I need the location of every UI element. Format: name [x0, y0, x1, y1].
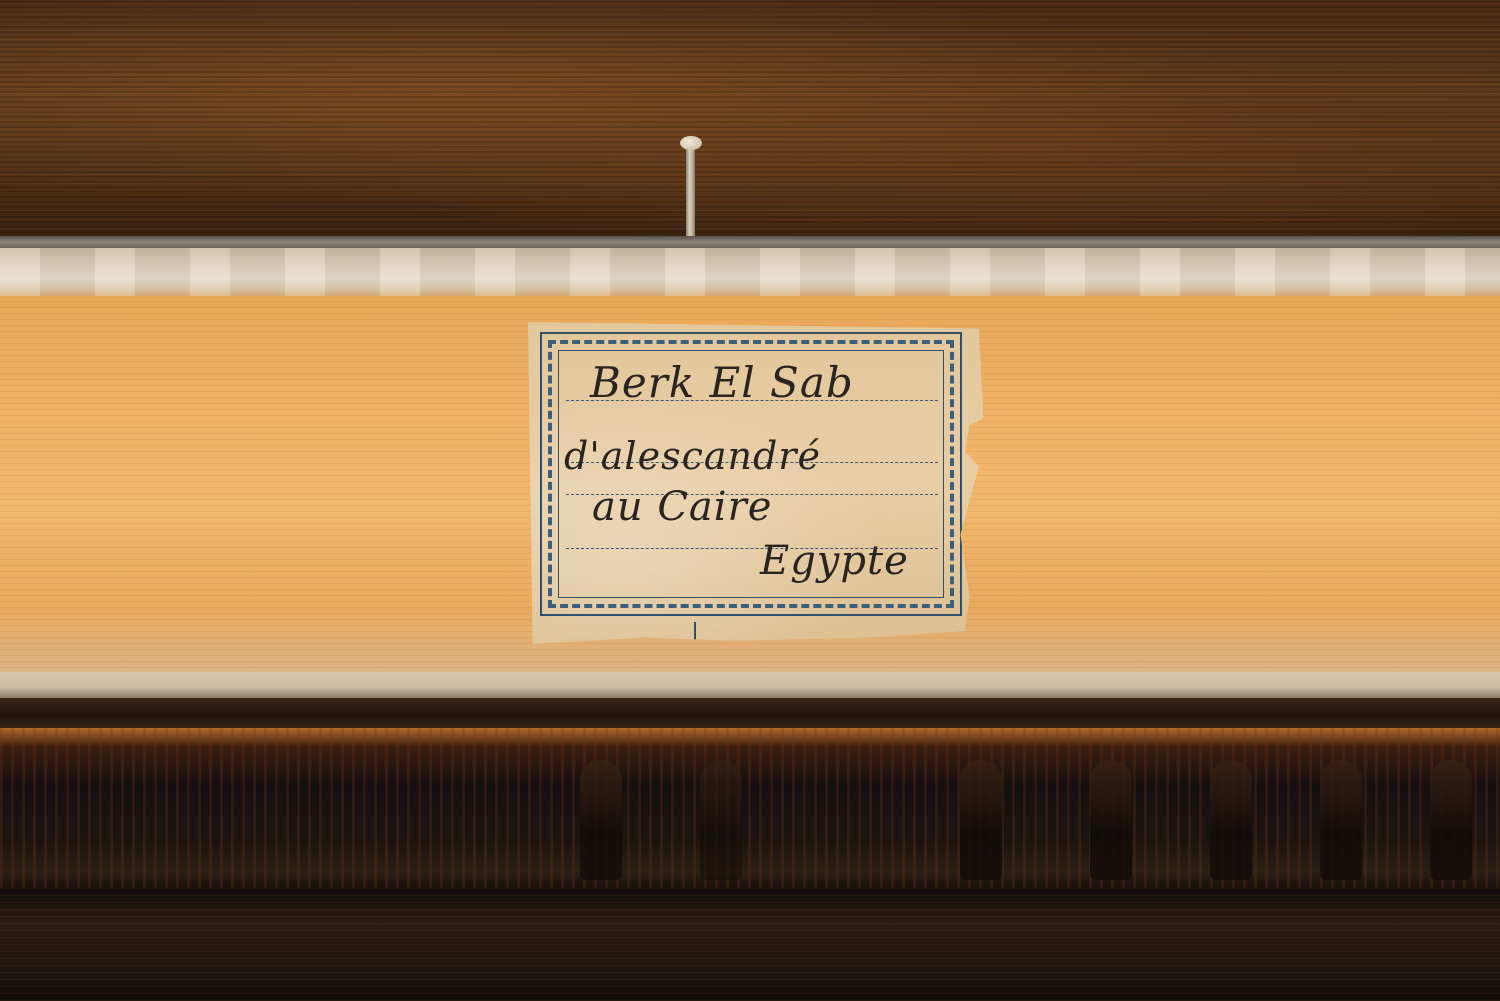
flaking-gesso-strip: [0, 248, 1500, 298]
oak-panel: [0, 0, 1500, 238]
moulding-carving: [1210, 760, 1252, 880]
label-line-2: d'alescandré: [564, 434, 988, 478]
label-line-4: Egypte: [760, 538, 988, 584]
nail-icon: [686, 146, 695, 248]
nail-head: [680, 136, 702, 150]
label-line-1: Berk El Sab: [590, 358, 988, 407]
moulding-carving: [1430, 760, 1472, 880]
moulding-carving: [700, 760, 742, 880]
handwritten-label: Berk El Sab d'alescandré au Caire Egypte: [528, 322, 988, 644]
label-line-3: au Caire: [592, 484, 988, 530]
lacquered-moulding: [0, 728, 1500, 888]
pine-edge: [0, 672, 1500, 698]
dark-gap: [0, 698, 1500, 728]
moulding-carving: [1320, 760, 1362, 880]
moulding-carving: [960, 760, 1002, 880]
moulding-carving: [1090, 760, 1132, 880]
moulding-carving: [580, 760, 622, 880]
frame-gap: [0, 236, 1500, 248]
moulding-lower: [0, 888, 1500, 1001]
